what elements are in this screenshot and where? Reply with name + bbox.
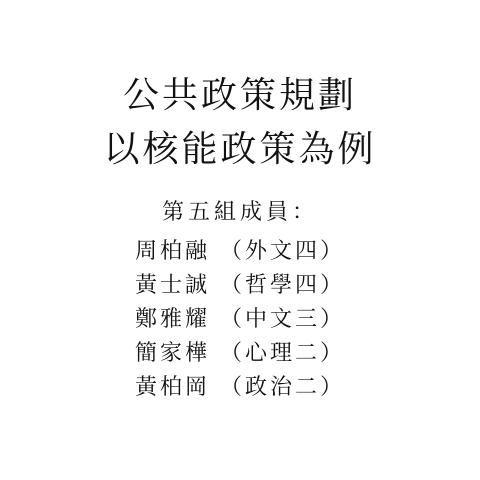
member-item: 黃柏岡 （政治二） [0, 368, 480, 402]
member-name: 簡家樺 [135, 336, 210, 367]
member-item: 鄭雅耀 （中文三） [0, 300, 480, 334]
member-dept: （心理二） [220, 336, 345, 367]
member-dept: （中文三） [220, 302, 345, 333]
member-dept: （外文四） [220, 234, 345, 265]
member-name: 黃士誠 [135, 268, 210, 299]
member-name: 鄭雅耀 [135, 302, 210, 333]
title-line-2: 以核能政策為例 [0, 130, 480, 170]
group-heading: 第五組成員： [0, 200, 480, 226]
member-dept: （哲學四） [220, 268, 345, 299]
member-item: 簡家樺 （心理二） [0, 334, 480, 368]
member-list: 周柏融 （外文四） 黃士誠 （哲學四） 鄭雅耀 （中文三） 簡家樺 （心理二） … [0, 232, 480, 402]
member-item: 黃士誠 （哲學四） [0, 266, 480, 300]
member-dept: （政治二） [220, 370, 345, 401]
member-name: 周柏融 [135, 234, 210, 265]
member-item: 周柏融 （外文四） [0, 232, 480, 266]
title-line-1: 公共政策規劃 [0, 76, 480, 116]
member-name: 黃柏岡 [135, 370, 210, 401]
